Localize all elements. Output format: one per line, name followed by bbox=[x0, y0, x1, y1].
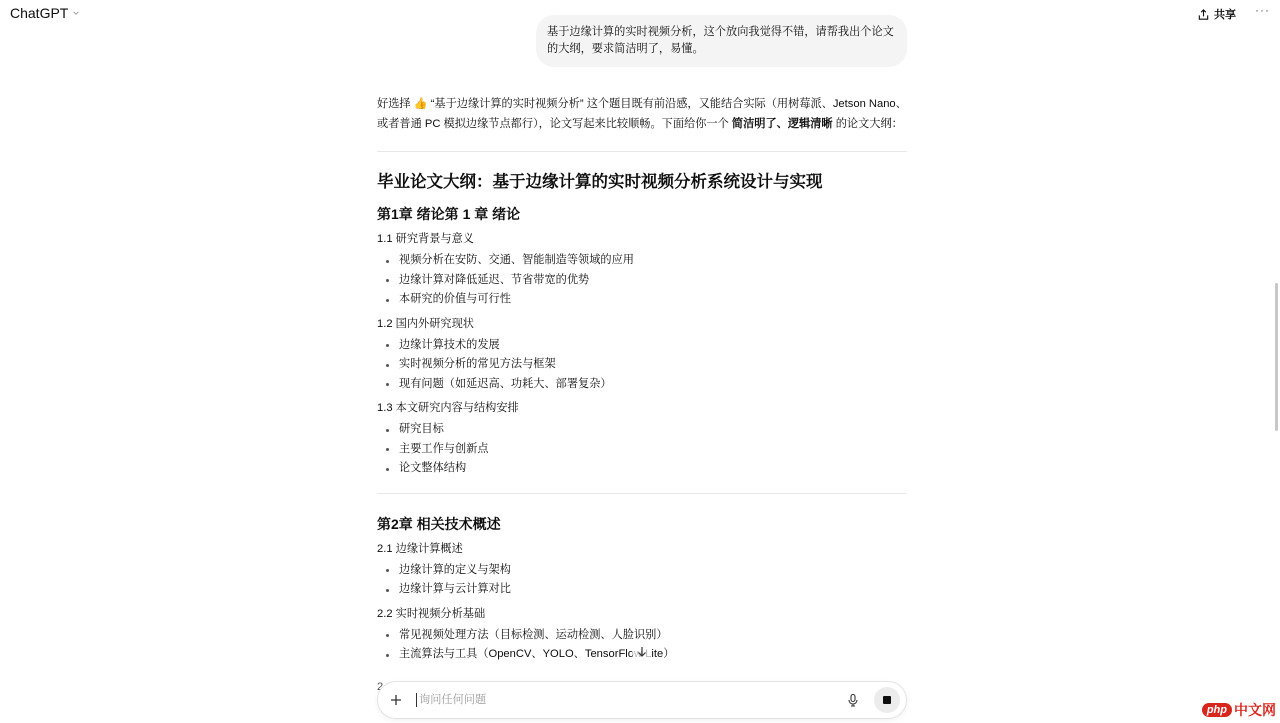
section-title: 1.3 本文研究内容与结构安排 bbox=[377, 399, 907, 417]
share-label: 共享 bbox=[1214, 6, 1236, 22]
divider bbox=[377, 151, 907, 152]
list-item: 研究目标 bbox=[377, 420, 907, 440]
section-title: 2.2 实时视频分析基础 bbox=[377, 605, 907, 623]
list-item: 边缘计算与云计算对比 bbox=[377, 580, 907, 600]
model-selector[interactable]: ChatGPT bbox=[10, 5, 80, 21]
list-item: 本研究的价值与可行性 bbox=[377, 290, 907, 310]
user-message-bubble: 基于边缘计算的实时视频分析，这个放向我觉得不错，请帮我出个论文的大纲，要求简洁明… bbox=[536, 15, 907, 67]
list-item: 边缘计算技术的发展 bbox=[377, 336, 907, 356]
share-button[interactable]: 共享 bbox=[1197, 6, 1236, 22]
section-title: 2.1 边缘计算概述 bbox=[377, 540, 907, 558]
stop-icon bbox=[883, 696, 891, 704]
chevron-down-icon bbox=[72, 9, 80, 17]
stop-generating-button[interactable] bbox=[874, 687, 900, 713]
add-attachment-button[interactable] bbox=[390, 691, 406, 709]
list-item: 现有问题（如延迟高、功耗大、部署复杂） bbox=[377, 375, 907, 395]
watermark-php: php bbox=[1202, 703, 1232, 717]
arrow-down-icon bbox=[637, 646, 647, 658]
message-composer bbox=[377, 681, 907, 719]
intro-bold-text: 简洁明了、逻辑清晰 bbox=[732, 118, 833, 130]
bullet-list: 研究目标 主要工作与创新点 论文整体结构 bbox=[377, 420, 907, 479]
section-title: 1.2 国内外研究现状 bbox=[377, 315, 907, 333]
watermark-cn: 中文网 bbox=[1234, 700, 1276, 720]
more-options-button[interactable]: ··· bbox=[1255, 3, 1270, 17]
scroll-to-bottom-button[interactable] bbox=[632, 642, 652, 662]
bullet-list: 边缘计算技术的发展 实时视频分析的常见方法与框架 现有问题（如延迟高、功耗大、部… bbox=[377, 336, 907, 395]
share-icon bbox=[1197, 8, 1210, 21]
list-item: 边缘计算对降低延迟、节省带宽的优势 bbox=[377, 271, 907, 291]
microphone-icon[interactable] bbox=[846, 693, 860, 707]
list-item: 边缘计算的定义与架构 bbox=[377, 561, 907, 581]
section-title: 1.1 研究背景与意义 bbox=[377, 230, 907, 248]
outline-title: 毕业论文大纲：基于边缘计算的实时视频分析系统设计与实现 bbox=[377, 170, 907, 194]
chapter-heading: 第1章 绪论第 1 章 绪论 bbox=[377, 203, 907, 225]
list-item: 实时视频分析的常见方法与框架 bbox=[377, 355, 907, 375]
assistant-message: 好选择 👍 “基于边缘计算的实时视频分析” 这个题目既有前沿感，又能结合实际（用… bbox=[377, 94, 907, 670]
chapter-heading: 第2章 相关技术概述 bbox=[377, 513, 907, 535]
list-item: 主要工作与创新点 bbox=[377, 440, 907, 460]
intro-text-end: 的论文大纲： bbox=[833, 118, 903, 130]
list-item: 视频分析在安防、交通、智能制造等领域的应用 bbox=[377, 251, 907, 271]
assistant-intro: 好选择 👍 “基于边缘计算的实时视频分析” 这个题目既有前沿感，又能结合实际（用… bbox=[377, 94, 907, 134]
scrollbar[interactable] bbox=[1275, 283, 1278, 431]
message-input[interactable] bbox=[416, 693, 846, 707]
bullet-list: 边缘计算的定义与架构 边缘计算与云计算对比 bbox=[377, 561, 907, 600]
list-item: 论文整体结构 bbox=[377, 459, 907, 479]
watermark-logo: php 中文网 bbox=[1202, 700, 1276, 720]
plus-icon bbox=[390, 694, 402, 706]
divider bbox=[377, 493, 907, 494]
model-name: ChatGPT bbox=[10, 5, 68, 21]
bullet-list: 视频分析在安防、交通、智能制造等领域的应用 边缘计算对降低延迟、节省带宽的优势 … bbox=[377, 251, 907, 310]
